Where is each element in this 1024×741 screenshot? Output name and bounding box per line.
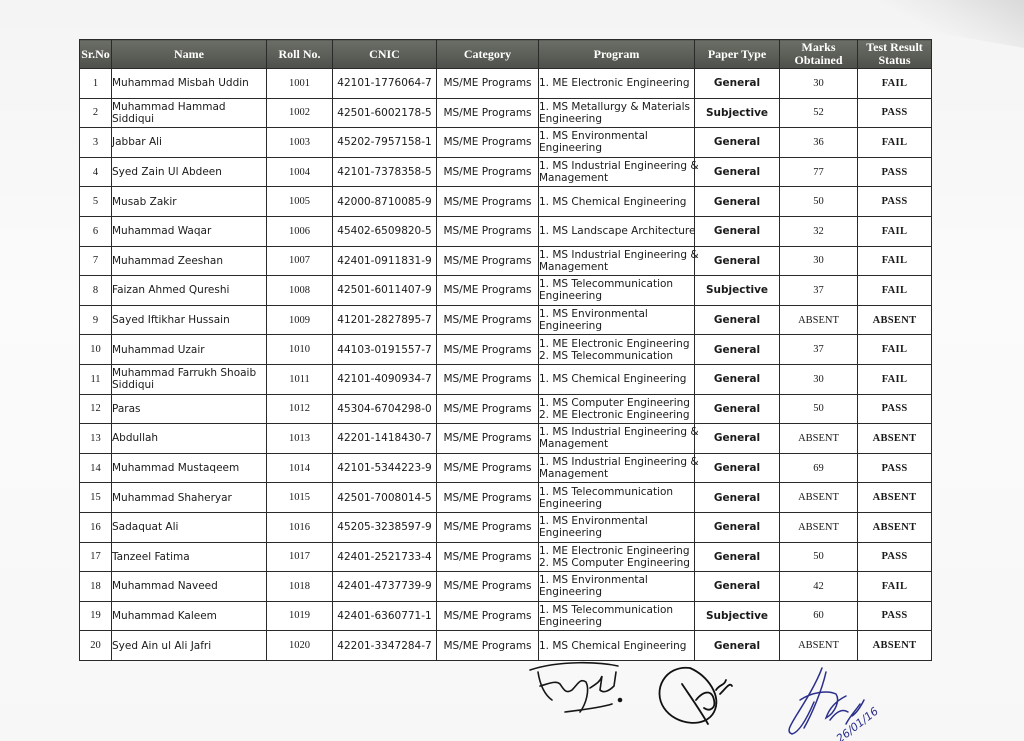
program-line: 1. MS Industrial Engineering & [539,426,694,438]
sr-no-cell: 11 [80,364,112,394]
program-line: 1. MS Industrial Engineering & [539,456,694,468]
program-line: Management [539,468,694,480]
program-cell: 1. MS Landscape Architecture [539,216,695,246]
table-row: 15Muhammad Shaheryar101542501-7008014-5M… [80,483,932,513]
category-cell: MS/ME Programs [437,128,539,158]
program-cell: 1. MS Chemical Engineering [539,187,695,217]
name-cell: Musab Zakir [112,187,267,217]
category-cell: MS/ME Programs [437,157,539,187]
header-marks-obtained: Marks Obtained [780,40,858,69]
roll-no-cell: 1018 [267,572,333,602]
program-line: 1. MS Computer Engineering [539,397,694,409]
program-line: Engineering [539,113,694,125]
table-row: 19Muhammad Kaleem101942401-6360771-1MS/M… [80,601,932,631]
roll-no-cell: 1001 [267,69,333,99]
paper-type-cell: General [695,424,780,454]
cnic-cell: 45202-7957158-1 [333,128,437,158]
cnic-cell: 44103-0191557-7 [333,335,437,365]
program-line: 2. MS Telecommunication [539,350,694,362]
table-row: 13Abdullah101342201-1418430-7MS/ME Progr… [80,424,932,454]
marks-cell: 30 [780,246,858,276]
cnic-cell: 42501-6002178-5 [333,98,437,128]
program-cell: 1. MS EnvironmentalEngineering [539,305,695,335]
sr-no-cell: 6 [80,216,112,246]
program-line: 1. ME Electronic Engineering [539,338,694,350]
paper-type-cell: Subjective [695,276,780,306]
program-line: Engineering [539,290,694,302]
cnic-cell: 42401-2521733-4 [333,542,437,572]
name-cell: Muhammad Waqar [112,216,267,246]
table-header-row: Sr.No Name Roll No. CNIC Category Progra… [80,40,932,69]
table-row: 6Muhammad Waqar100645402-6509820-5MS/ME … [80,216,932,246]
paper-type-cell: General [695,157,780,187]
status-cell: ABSENT [858,305,932,335]
table-row: 16Sadaquat Ali101645205-3238597-9MS/ME P… [80,512,932,542]
program-line: Engineering [539,142,694,154]
roll-no-cell: 1020 [267,631,333,661]
marks-cell: 50 [780,394,858,424]
table-row: 17Tanzeel Fatima101742401-2521733-4MS/ME… [80,542,932,572]
program-cell: 1. MS Industrial Engineering &Management [539,157,695,187]
table-row: 20Syed Ain ul Ali Jafri102042201-3347284… [80,631,932,661]
header-status-line1: Test Result [866,40,923,54]
program-line: 1. MS Chemical Engineering [539,373,694,385]
roll-no-cell: 1004 [267,157,333,187]
roll-no-cell: 1003 [267,128,333,158]
cnic-cell: 42201-1418430-7 [333,424,437,454]
paper-type-cell: General [695,631,780,661]
header-marks-line1: Marks [802,40,836,54]
name-cell: Muhammad Farrukh Shoaib Siddiqui [112,364,267,394]
name-cell: Syed Ain ul Ali Jafri [112,631,267,661]
paper-type-cell: General [695,512,780,542]
category-cell: MS/ME Programs [437,601,539,631]
cnic-cell: 41201-2827895-7 [333,305,437,335]
sr-no-cell: 4 [80,157,112,187]
sr-no-cell: 13 [80,424,112,454]
category-cell: MS/ME Programs [437,276,539,306]
sr-no-cell: 15 [80,483,112,513]
table-row: 1Muhammad Misbah Uddin100142101-1776064-… [80,69,932,99]
program-line: 1. MS Chemical Engineering [539,640,694,652]
status-cell: FAIL [858,246,932,276]
paper-type-cell: General [695,246,780,276]
table-row: 2Muhammad Hammad Siddiqui100242501-60021… [80,98,932,128]
table-row: 9Sayed Iftikhar Hussain100941201-2827895… [80,305,932,335]
status-cell: FAIL [858,572,932,602]
program-cell: 1. ME Electronic Engineering2. MS Comput… [539,542,695,572]
table-row: 4Syed Zain Ul Abdeen100442101-7378358-5M… [80,157,932,187]
program-line: 1. MS Telecommunication [539,604,694,616]
marks-cell: 32 [780,216,858,246]
name-cell: Paras [112,394,267,424]
table-row: 18Muhammad Naveed101842401-4737739-9MS/M… [80,572,932,602]
status-cell: PASS [858,542,932,572]
category-cell: MS/ME Programs [437,512,539,542]
name-cell: Sadaquat Ali [112,512,267,542]
category-cell: MS/ME Programs [437,631,539,661]
test-results-table: Sr.No Name Roll No. CNIC Category Progra… [79,39,932,661]
header-name: Name [112,40,267,69]
program-line: 1. MS Environmental [539,574,694,586]
marks-cell: ABSENT [780,424,858,454]
cnic-cell: 45304-6704298-0 [333,394,437,424]
name-cell: Muhammad Zeeshan [112,246,267,276]
paper-type-cell: General [695,335,780,365]
roll-no-cell: 1011 [267,364,333,394]
header-sr-no: Sr.No [80,40,112,69]
signature-3 [789,668,864,734]
program-line: 1. MS Industrial Engineering & [539,160,694,172]
name-cell: Muhammad Shaheryar [112,483,267,513]
status-cell: PASS [858,394,932,424]
name-cell: Tanzeel Fatima [112,542,267,572]
status-cell: ABSENT [858,483,932,513]
header-test-result-status: Test Result Status [858,40,932,69]
program-line: 1. MS Environmental [539,130,694,142]
status-cell: FAIL [858,276,932,306]
marks-cell: 37 [780,335,858,365]
paper-type-cell: General [695,483,780,513]
table-row: 10Muhammad Uzair101044103-0191557-7MS/ME… [80,335,932,365]
program-line: Management [539,172,694,184]
status-cell: FAIL [858,69,932,99]
program-line: 1. MS Environmental [539,515,694,527]
marks-cell: 60 [780,601,858,631]
program-cell: 1. ME Electronic Engineering2. MS Teleco… [539,335,695,365]
paper-type-cell: Subjective [695,98,780,128]
sr-no-cell: 12 [80,394,112,424]
program-line: 1. MS Metallurgy & Materials [539,101,694,113]
marks-cell: 36 [780,128,858,158]
category-cell: MS/ME Programs [437,572,539,602]
category-cell: MS/ME Programs [437,364,539,394]
status-cell: PASS [858,98,932,128]
program-cell: 1. MS Industrial Engineering &Management [539,453,695,483]
name-cell: Muhammad Kaleem [112,601,267,631]
status-cell: FAIL [858,216,932,246]
program-line: 1. ME Electronic Engineering [539,545,694,557]
paper-type-cell: General [695,364,780,394]
roll-no-cell: 1005 [267,187,333,217]
category-cell: MS/ME Programs [437,542,539,572]
signature-date: 26/01/16 [834,705,881,741]
table-row: 12Paras101245304-6704298-0MS/ME Programs… [80,394,932,424]
signature-1 [530,663,622,712]
status-cell: ABSENT [858,512,932,542]
roll-no-cell: 1006 [267,216,333,246]
cnic-cell: 42101-7378358-5 [333,157,437,187]
paper-type-cell: Subjective [695,601,780,631]
program-line: 1. ME Electronic Engineering [539,77,694,89]
category-cell: MS/ME Programs [437,424,539,454]
program-line: 1. MS Chemical Engineering [539,196,694,208]
roll-no-cell: 1012 [267,394,333,424]
program-cell: 1. MS Industrial Engineering &Management [539,246,695,276]
program-line: 1. MS Environmental [539,308,694,320]
program-cell: 1. MS EnvironmentalEngineering [539,512,695,542]
header-roll-no: Roll No. [267,40,333,69]
roll-no-cell: 1009 [267,305,333,335]
program-line: 1. MS Telecommunication [539,486,694,498]
name-cell: Muhammad Misbah Uddin [112,69,267,99]
program-cell: 1. MS EnvironmentalEngineering [539,128,695,158]
name-cell: Jabbar Ali [112,128,267,158]
sr-no-cell: 20 [80,631,112,661]
program-cell: 1. MS Industrial Engineering &Management [539,424,695,454]
signature-2 [659,668,732,724]
program-line: Management [539,438,694,450]
program-line: Engineering [539,527,694,539]
roll-no-cell: 1015 [267,483,333,513]
program-cell: 1. MS Computer Engineering2. ME Electron… [539,394,695,424]
category-cell: MS/ME Programs [437,305,539,335]
table-row: 7Muhammad Zeeshan100742401-0911831-9MS/M… [80,246,932,276]
marks-cell: 42 [780,572,858,602]
status-cell: PASS [858,601,932,631]
program-cell: 1. MS TelecommunicationEngineering [539,483,695,513]
status-cell: ABSENT [858,424,932,454]
paper-type-cell: General [695,542,780,572]
name-cell: Abdullah [112,424,267,454]
program-cell: 1. ME Electronic Engineering [539,69,695,99]
category-cell: MS/ME Programs [437,453,539,483]
marks-cell: 69 [780,453,858,483]
cnic-cell: 42401-6360771-1 [333,601,437,631]
status-cell: FAIL [858,335,932,365]
table-row: 8Faizan Ahmed Qureshi100842501-6011407-9… [80,276,932,306]
roll-no-cell: 1013 [267,424,333,454]
name-cell: Syed Zain Ul Abdeen [112,157,267,187]
program-cell: 1. MS TelecommunicationEngineering [539,276,695,306]
cnic-cell: 42201-3347284-7 [333,631,437,661]
sr-no-cell: 10 [80,335,112,365]
status-cell: FAIL [858,128,932,158]
category-cell: MS/ME Programs [437,216,539,246]
header-cnic: CNIC [333,40,437,69]
category-cell: MS/ME Programs [437,335,539,365]
category-cell: MS/ME Programs [437,98,539,128]
table-body: 1Muhammad Misbah Uddin100142101-1776064-… [80,69,932,661]
sr-no-cell: 19 [80,601,112,631]
name-cell: Muhammad Uzair [112,335,267,365]
sr-no-cell: 3 [80,128,112,158]
program-line: 1. MS Industrial Engineering & [539,249,694,261]
marks-cell: 37 [780,276,858,306]
paper-type-cell: General [695,394,780,424]
program-cell: 1. MS TelecommunicationEngineering [539,601,695,631]
program-cell: 1. MS Chemical Engineering [539,631,695,661]
category-cell: MS/ME Programs [437,246,539,276]
program-cell: 1. MS EnvironmentalEngineering [539,572,695,602]
cnic-cell: 42501-7008014-5 [333,483,437,513]
marks-cell: 30 [780,364,858,394]
roll-no-cell: 1010 [267,335,333,365]
status-cell: ABSENT [858,631,932,661]
program-line: Engineering [539,498,694,510]
marks-cell: ABSENT [780,512,858,542]
name-cell: Faizan Ahmed Qureshi [112,276,267,306]
status-cell: PASS [858,157,932,187]
header-marks-line2: Obtained [794,53,842,67]
marks-cell: ABSENT [780,483,858,513]
header-paper-type: Paper Type [695,40,780,69]
paper-type-cell: General [695,69,780,99]
roll-no-cell: 1019 [267,601,333,631]
marks-cell: 77 [780,157,858,187]
category-cell: MS/ME Programs [437,69,539,99]
program-line: 2. ME Electronic Engineering [539,409,694,421]
sr-no-cell: 18 [80,572,112,602]
sr-no-cell: 5 [80,187,112,217]
program-line: 1. MS Landscape Architecture [539,225,694,237]
program-line: Engineering [539,616,694,628]
table-row: 5Musab Zakir100542000-8710085-9MS/ME Pro… [80,187,932,217]
table-row: 14Muhammad Mustaqeem101442101-5344223-9M… [80,453,932,483]
roll-no-cell: 1007 [267,246,333,276]
status-cell: PASS [858,453,932,483]
header-program: Program [539,40,695,69]
program-line: Engineering [539,320,694,332]
cnic-cell: 42401-0911831-9 [333,246,437,276]
name-cell: Muhammad Mustaqeem [112,453,267,483]
cnic-cell: 45402-6509820-5 [333,216,437,246]
paper-type-cell: General [695,128,780,158]
sr-no-cell: 14 [80,453,112,483]
cnic-cell: 42501-6011407-9 [333,276,437,306]
cnic-cell: 42101-5344223-9 [333,453,437,483]
header-category: Category [437,40,539,69]
sr-no-cell: 2 [80,98,112,128]
category-cell: MS/ME Programs [437,187,539,217]
name-cell: Sayed Iftikhar Hussain [112,305,267,335]
roll-no-cell: 1016 [267,512,333,542]
header-status-line2: Status [878,53,910,67]
paper-type-cell: General [695,216,780,246]
sr-no-cell: 1 [80,69,112,99]
marks-cell: 30 [780,69,858,99]
paper-type-cell: General [695,572,780,602]
marks-cell: 52 [780,98,858,128]
marks-cell: 50 [780,542,858,572]
program-line: Engineering [539,586,694,598]
paper-type-cell: General [695,187,780,217]
sr-no-cell: 9 [80,305,112,335]
program-cell: 1. MS Chemical Engineering [539,364,695,394]
paper-type-cell: General [695,305,780,335]
name-cell: Muhammad Naveed [112,572,267,602]
sr-no-cell: 7 [80,246,112,276]
program-line: 2. MS Computer Engineering [539,557,694,569]
program-line: Management [539,261,694,273]
cnic-cell: 42101-4090934-7 [333,364,437,394]
table-row: 11Muhammad Farrukh Shoaib Siddiqui101142… [80,364,932,394]
cnic-cell: 42000-8710085-9 [333,187,437,217]
marks-cell: 50 [780,187,858,217]
sr-no-cell: 8 [80,276,112,306]
cnic-cell: 42401-4737739-9 [333,572,437,602]
status-cell: FAIL [858,364,932,394]
marks-cell: ABSENT [780,305,858,335]
cnic-cell: 42101-1776064-7 [333,69,437,99]
sr-no-cell: 16 [80,512,112,542]
status-cell: PASS [858,187,932,217]
program-line: 1. MS Telecommunication [539,278,694,290]
roll-no-cell: 1014 [267,453,333,483]
table-row: 3Jabbar Ali100345202-7957158-1MS/ME Prog… [80,128,932,158]
roll-no-cell: 1017 [267,542,333,572]
paper-type-cell: General [695,453,780,483]
roll-no-cell: 1002 [267,98,333,128]
category-cell: MS/ME Programs [437,394,539,424]
roll-no-cell: 1008 [267,276,333,306]
marks-cell: ABSENT [780,631,858,661]
sr-no-cell: 17 [80,542,112,572]
program-cell: 1. MS Metallurgy & MaterialsEngineering [539,98,695,128]
name-cell: Muhammad Hammad Siddiqui [112,98,267,128]
category-cell: MS/ME Programs [437,483,539,513]
cnic-cell: 45205-3238597-9 [333,512,437,542]
